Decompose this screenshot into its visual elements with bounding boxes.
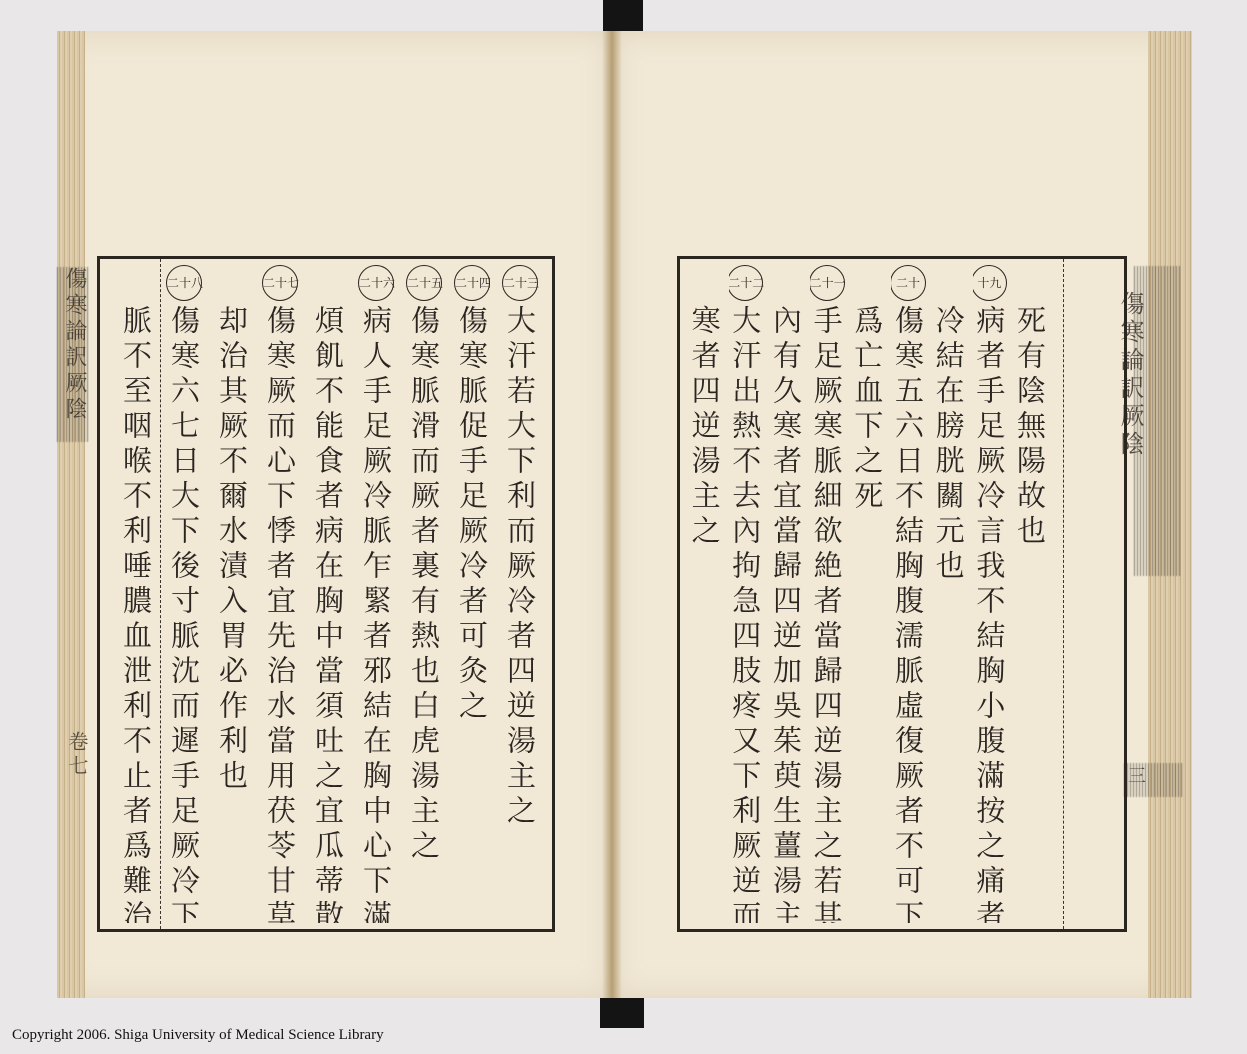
left-gutter-shade xyxy=(602,31,612,998)
text-column: 二十八傷寒六七日大下後寸脈沈而遲手足厥冷下部 xyxy=(160,265,208,923)
column-text: 大汗出熱不去內拘急四肢疼又下利厥逆而惡 xyxy=(729,305,763,923)
entry-number-badge: 十九 xyxy=(973,265,1008,301)
column-text: 脈不至咽喉不利唾膿血泄利不止者爲難治麻 xyxy=(119,305,153,923)
column-text: 手足厥寒脈細欲絶者當歸四逆湯主之若其人 xyxy=(810,305,844,923)
right-frame-divider xyxy=(1063,259,1064,929)
text-column: 二十一手足厥寒脈細欲絶者當歸四逆湯主之若其人 xyxy=(810,265,851,923)
column-text: 病者手足厥冷言我不結胸小腹滿按之痛者此 xyxy=(973,305,1007,923)
text-column: 二十四傷寒脈促手足厥冷者可灸之 xyxy=(448,265,496,923)
column-text: 大汗若大下利而厥冷者四逆湯主之 xyxy=(503,305,537,830)
column-text: 却治其厥不爾水漬入胃必作利也 xyxy=(215,305,249,795)
text-column: 二十二大汗出熱不去內拘急四肢疼又下利厥逆而惡 xyxy=(729,265,770,923)
spine-band-top xyxy=(603,0,643,34)
column-text: 煩飢不能食者病在胸中當須吐之宜瓜蒂散 xyxy=(311,305,345,923)
text-column: 二十六病人手足厥冷脈乍緊者邪結在胸中心下滿而 xyxy=(352,265,400,923)
left-columns: 二十三大汗若大下利而厥冷者四逆湯主之 二十四傷寒脈促手足厥冷者可灸之 二十五傷寒… xyxy=(108,265,544,923)
entry-number-badge: 二十七 xyxy=(262,265,298,301)
column-text: 寒者四逆湯主之 xyxy=(688,305,722,550)
text-column-continued: 死有陰無陽故也 xyxy=(1013,265,1054,923)
entry-number-badge: 二十五 xyxy=(406,265,442,301)
right-columns: 死有陰無陽故也 十九病者手足厥冷言我不結胸小腹滿按之痛者此 冷結在膀胱關元也 二… xyxy=(688,265,1054,923)
column-text: 傷寒脈促手足厥冷者可灸之 xyxy=(455,305,489,725)
copyright-notice: Copyright 2006. Shiga University of Medi… xyxy=(12,1027,384,1044)
text-column-continued: 寒者四逆湯主之 xyxy=(688,265,729,923)
text-column-continued: 脈不至咽喉不利唾膿血泄利不止者爲難治麻 xyxy=(112,265,160,923)
column-text: 傷寒五六日不結胸腹濡脈虛復厥者不可下此 xyxy=(891,305,925,923)
left-margin-title: 傷寒論訳厥陰 xyxy=(59,267,90,423)
right-page: 傷寒論訳厥陰 三 死有陰無陽故也 十九病者手足厥冷言我不結胸小腹滿按之痛者此 冷… xyxy=(612,31,1192,998)
column-text: 病人手足厥冷脈乍緊者邪結在胸中心下滿而 xyxy=(359,305,393,923)
left-page-number: 卷七 xyxy=(63,731,92,779)
left-fore-edge xyxy=(57,31,85,998)
entry-number-badge: 二十八 xyxy=(166,265,202,301)
column-text: 傷寒脈滑而厥者裏有熱也白虎湯主之 xyxy=(407,305,441,865)
column-text: 傷寒厥而心下悸者宜先治水當用茯苓甘草湯 xyxy=(263,305,297,923)
entry-number-badge: 二十六 xyxy=(358,265,394,301)
entry-number-badge: 二十二 xyxy=(729,265,764,301)
spine-band-bottom xyxy=(600,996,644,1028)
text-column-continued: 却治其厥不爾水漬入胃必作利也 xyxy=(208,265,256,923)
entry-number-badge: 二十四 xyxy=(454,265,490,301)
column-text: 傷寒六七日大下後寸脈沈而遲手足厥冷下部 xyxy=(167,305,201,923)
text-column-continued: 內有久寒者宜當歸四逆加吳茱萸生薑湯主之 xyxy=(769,265,810,923)
column-text: 爲亡血下之死 xyxy=(851,305,885,515)
text-column-continued: 煩飢不能食者病在胸中當須吐之宜瓜蒂散 xyxy=(304,265,352,923)
entry-number-badge: 二十一 xyxy=(810,265,845,301)
text-column: 十九病者手足厥冷言我不結胸小腹滿按之痛者此 xyxy=(973,265,1014,923)
entry-number-badge: 二十三 xyxy=(502,265,538,301)
column-text: 冷結在膀胱關元也 xyxy=(932,305,966,585)
text-column: 二十三大汗若大下利而厥冷者四逆湯主之 xyxy=(496,265,544,923)
text-column: 二十傷寒五六日不結胸腹濡脈虛復厥者不可下此 xyxy=(891,265,932,923)
text-column-continued: 冷結在膀胱關元也 xyxy=(932,265,973,923)
right-text-frame: 死有陰無陽故也 十九病者手足厥冷言我不結胸小腹滿按之痛者此 冷結在膀胱關元也 二… xyxy=(677,256,1127,932)
text-column-continued: 爲亡血下之死 xyxy=(851,265,892,923)
left-text-frame: 二十三大汗若大下利而厥冷者四逆湯主之 二十四傷寒脈促手足厥冷者可灸之 二十五傷寒… xyxy=(97,256,555,932)
column-text: 內有久寒者宜當歸四逆加吳茱萸生薑湯主之 xyxy=(769,305,803,923)
right-gutter-shade xyxy=(612,31,622,998)
left-page: 傷寒論訳厥陰 卷七 二十三大汗若大下利而厥冷者四逆湯主之 二十四傷寒脈促手足厥冷… xyxy=(57,31,612,998)
column-text: 死有陰無陽故也 xyxy=(1013,305,1047,550)
entry-number-badge: 二十 xyxy=(891,265,926,301)
text-column: 二十五傷寒脈滑而厥者裏有熱也白虎湯主之 xyxy=(400,265,448,923)
text-column: 二十七傷寒厥而心下悸者宜先治水當用茯苓甘草湯 xyxy=(256,265,304,923)
